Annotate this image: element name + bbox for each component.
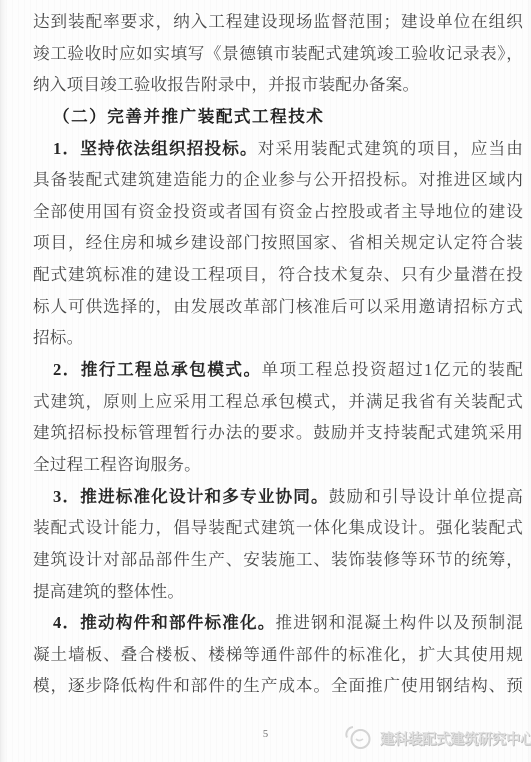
text-line: 全部使用国有资金投资或者国有资金占控股或者主导地位的建设 [33, 196, 523, 228]
text-line: 4．推动构件和部件标准化。推进钢和混凝土构件以及预制混 [33, 607, 523, 639]
text-segment: 对采用装配式建筑的项目，应当由 [258, 139, 523, 158]
bold-text-segment: （二）完善并推广装配式工程技术 [53, 107, 324, 126]
text-line: 建筑设计对部品部件生产、安装施工、装饰装修等环节的统筹， [33, 544, 523, 576]
bold-text-segment: 2．推行工程总承包模式。 [53, 360, 262, 379]
text-line: 配式建筑标准的建设工程项目，符合技术复杂、只有少量潜在投 [33, 259, 523, 291]
text-line: 式建筑，原则上应采用工程总承包模式，并满足我省有关装配式 [33, 386, 523, 418]
text-segment: 鼓励和引导设计单位提高 [329, 487, 523, 506]
bold-text-segment: 3．推进标准化设计和多专业协同。 [53, 487, 329, 506]
bold-text-segment: 4．推动构件和部件标准化。 [53, 613, 275, 632]
text-line: 3．推进标准化设计和多专业协同。鼓励和引导设计单位提高 [33, 481, 523, 513]
text-segment: 竣工验收时应如实填写《景德镇市装配式建筑竣工验收记录表》， [33, 44, 523, 63]
text-segment: 推进钢和混凝土构件以及预制混 [275, 613, 523, 632]
text-segment: 项目，经住房和城乡建设部门按照国家、省相关规定认定符合装 [33, 233, 523, 252]
text-line: 标人可供选择的，由发展改革部门核准后可以采用邀请招标方式 [33, 291, 523, 323]
text-line: 具备装配式建筑建造能力的企业参与公开招投标。对推进区域内 [33, 164, 523, 196]
text-line: 纳入项目竣工验收报告附录中，并报市装配办备案。 [33, 69, 523, 101]
text-segment: 标人可供选择的，由发展改革部门核准后可以采用邀请招标方式 [33, 297, 523, 316]
bold-text-segment: 1．坚持依法组织招投标。 [53, 139, 258, 158]
text-segment: 达到装配率要求，纳入工程建设现场监督范围；建设单位在组织 [33, 12, 523, 31]
text-line: 提高建筑的整体性。 [33, 576, 523, 608]
text-line: 招标。 [33, 322, 523, 354]
text-segment: 招标。 [33, 328, 83, 347]
text-line: 全过程工程咨询服务。 [33, 449, 523, 481]
text-line: 建筑招标投标管理暂行办法的要求。鼓励并支持装配式建筑采用 [33, 417, 523, 449]
page-number: 5 [0, 729, 531, 740]
text-line: 装配式设计能力，倡导装配式建筑一体化集成设计。强化装配式 [33, 512, 523, 544]
text-segment: 建筑招标投标管理暂行办法的要求。鼓励并支持装配式建筑采用 [33, 423, 523, 442]
text-line: 模，逐步降低构件和部件的生产成本。全面推广使用钢结构、预 [33, 670, 523, 702]
text-segment: 配式建筑标准的建设工程项目，符合技术复杂、只有少量潜在投 [33, 265, 523, 284]
text-segment: 提高建筑的整体性。 [33, 582, 184, 601]
text-line: 2．推行工程总承包模式。单项工程总投资超过1亿元的装配 [33, 354, 523, 386]
text-line: 1．坚持依法组织招投标。对采用装配式建筑的项目，应当由 [33, 133, 523, 165]
text-line: 竣工验收时应如实填写《景德镇市装配式建筑竣工验收记录表》， [33, 38, 523, 70]
text-segment: 全部使用国有资金投资或者国有资金占控股或者主导地位的建设 [33, 202, 523, 221]
text-segment: 全过程工程咨询服务。 [33, 455, 201, 474]
document-page: 达到装配率要求，纳入工程建设现场监督范围；建设单位在组织竣工验收时应如实填写《景… [0, 0, 531, 762]
text-segment: 模，逐步降低构件和部件的生产成本。全面推广使用钢结构、预 [33, 676, 523, 695]
text-segment: 凝土墙板、叠合楼板、楼梯等通件部件的标准化，扩大其使用规 [33, 645, 523, 664]
text-segment: 纳入项目竣工验收报告附录中，并报市装配办备案。 [33, 75, 419, 94]
text-segment: 具备装配式建筑建造能力的企业参与公开招投标。对推进区域内 [33, 170, 523, 189]
text-segment: 装配式设计能力，倡导装配式建筑一体化集成设计。强化装配式 [33, 518, 523, 537]
document-body: 达到装配率要求，纳入工程建设现场监督范围；建设单位在组织竣工验收时应如实填写《景… [33, 6, 523, 702]
text-line: 项目，经住房和城乡建设部门按照国家、省相关规定认定符合装 [33, 227, 523, 259]
text-line: 凝土墙板、叠合楼板、楼梯等通件部件的标准化，扩大其使用规 [33, 639, 523, 671]
text-segment: 建筑设计对部品部件生产、安装施工、装饰装修等环节的统筹， [33, 550, 523, 569]
section-heading-line: （二）完善并推广装配式工程技术 [33, 101, 523, 133]
text-segment: 单项工程总投资超过1亿元的装配 [262, 360, 523, 379]
text-segment: 式建筑，原则上应采用工程总承包模式，并满足我省有关装配式 [33, 392, 523, 411]
text-line: 达到装配率要求，纳入工程建设现场监督范围；建设单位在组织 [33, 6, 523, 38]
